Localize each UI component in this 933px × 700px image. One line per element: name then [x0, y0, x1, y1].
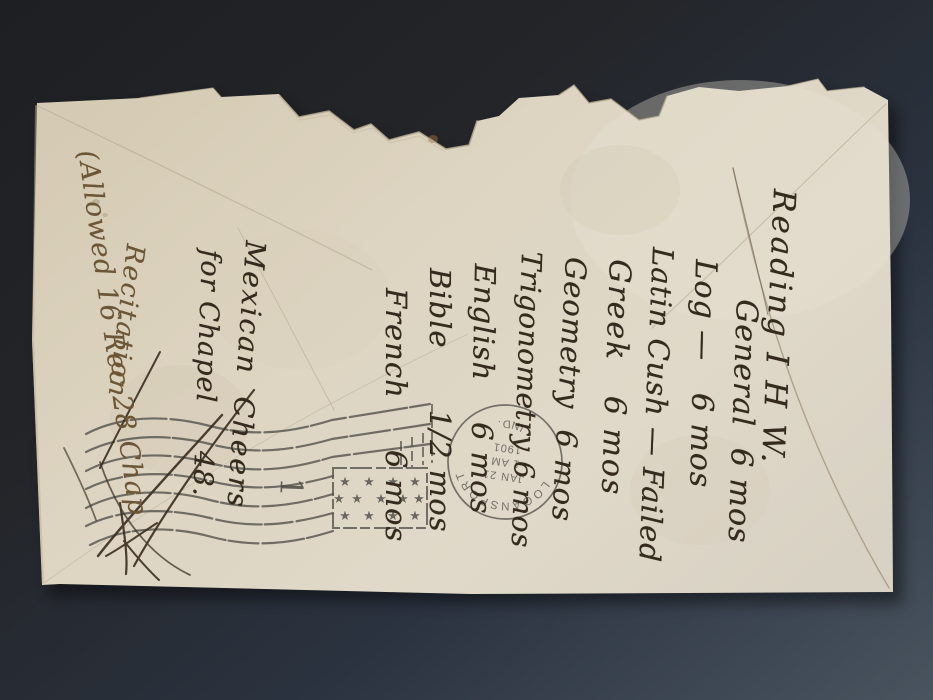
svg-text:★: ★ [363, 474, 375, 489]
handwriting-line-bible: Bible 1/2 mos [423, 268, 457, 533]
svg-text:★: ★ [339, 508, 351, 523]
svg-text:★: ★ [363, 508, 375, 523]
handwriting-line-english: English 6 mos [464, 263, 502, 514]
handwriting-line-log: Log — 6 mos [682, 259, 723, 489]
handwriting-line-french: French 6 mos [379, 288, 413, 542]
svg-text:★: ★ [339, 474, 351, 489]
photo-of-envelope-back: ★★★★ ★★★★★ ★★★★ 1 LOGANSPORT IND. JAN 21 [0, 0, 933, 700]
svg-text:★: ★ [333, 491, 345, 506]
svg-text:★: ★ [351, 491, 363, 506]
cancellation-killer-number: 1 [272, 477, 309, 498]
